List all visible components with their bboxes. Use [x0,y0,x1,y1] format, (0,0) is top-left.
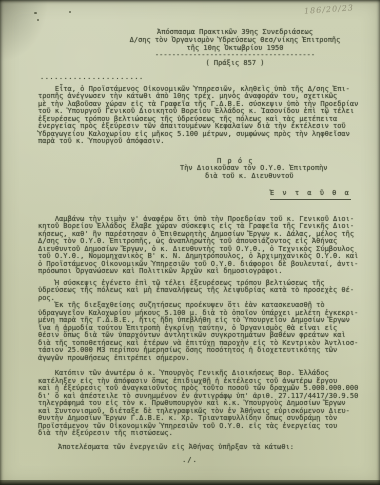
header-divider: -------------------------------------- [98,52,372,59]
document-content: Ἀπόσπασμα Πρακτικῶν 39ης Συνεδριάσεως Δ/… [0,0,380,485]
paragraph-introduction: Εἶτα, ὁ Προϊστάμενος Οἰκονομικῶν Ὑπηρεσι… [38,86,372,146]
act-number: ( Πράξις 857 ) [98,59,372,68]
continuation-mark: ./. [38,457,342,465]
dotted-separator: ...................... [40,74,372,82]
scanned-document-page: 186/20/23 Ἀπόσπασμα Πρακτικῶν 39ης Συνεδ… [0,0,380,485]
address-via-director: διὰ τοῦ κ. Διευθυντοῦ [205,173,372,181]
header-title-line1: Ἀπόσπασμα Πρακτικῶν 39ης Συνεδριάσεως [98,28,372,36]
photo-bottom-edge [0,480,380,485]
paragraph-aqueduct-study: Ἐκ τῆς διεξαχθείσης συζητήσεως προέκυψεν… [38,302,372,362]
paragraph-minister-decision: Κατόπιν τῶν ἀνωτέρω ὁ κ. Ὑπουργὸς Γενικῆ… [38,370,372,438]
document-header: Ἀπόσπασμα Πρακτικῶν 39ης Συνεδριάσεως Δ/… [98,28,372,68]
header-title-line2: Δ/σης τὸν Ὀργανισμὸν Ὑδρεύσεως Θεσ/νίκης… [98,36,372,44]
paragraph-meeting-attendees: Λαμβάνω τὴν τιμὴν ν' ἀναφέρω ὅτι ὑπὸ τὴν… [38,216,372,276]
address-entha: Ἐ ν τ α ῦ θ α [270,190,372,200]
paragraph-meeting-purpose: Ἡ σύσκεψις ἐγένετο ἐπὶ τῷ τέλει ἐξευρέσε… [38,280,372,303]
paragraph-results-lead: Ἀποτελέσματα τῶν ἐνεργειῶν εἰς Ἀθήνας ὑπ… [58,444,372,452]
